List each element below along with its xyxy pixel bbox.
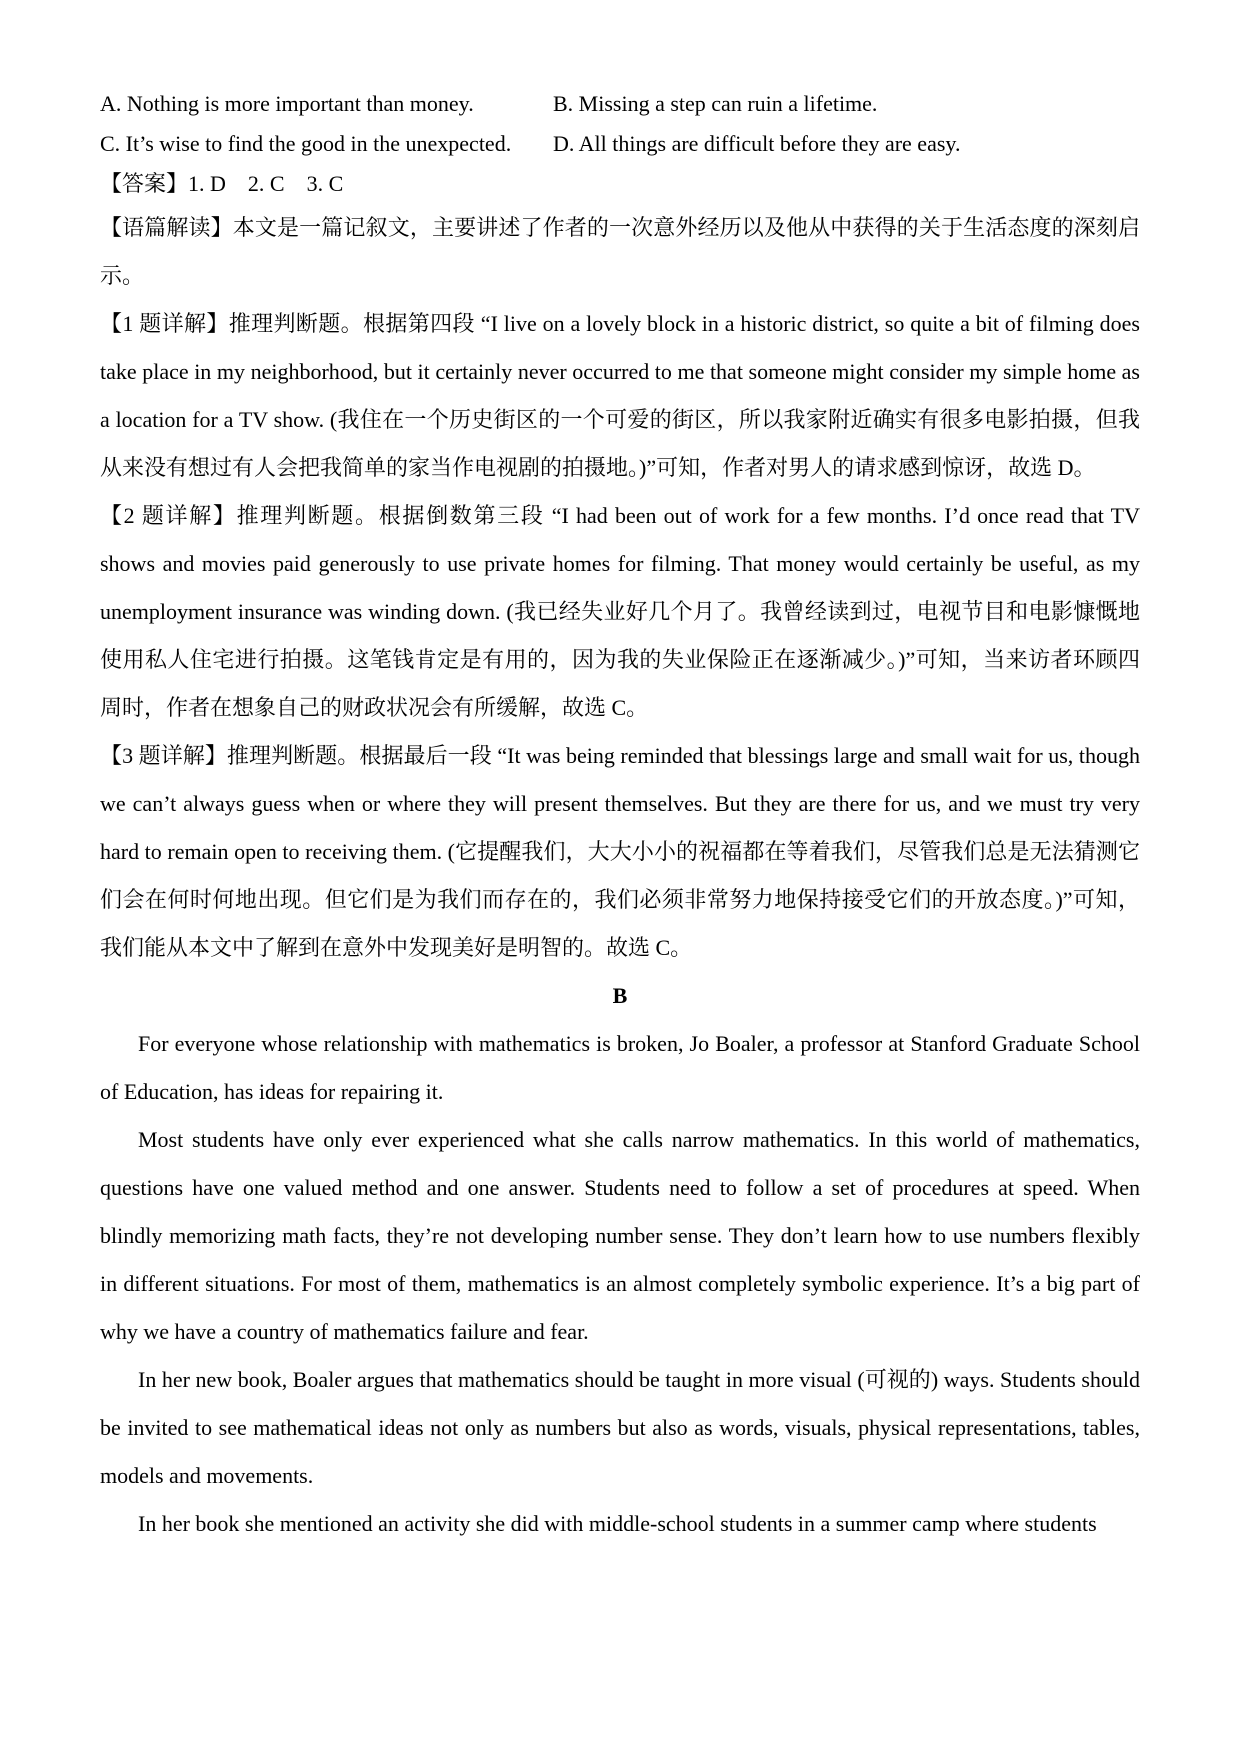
explanation-question-2: 【2 题详解】推理判断题。根据倒数第三段 “I had been out of … (100, 492, 1140, 732)
exam-answer-page: A. Nothing is more important than money.… (0, 0, 1240, 1754)
explanation-question-1: 【1 题详解】推理判断题。根据第四段 “I live on a lovely b… (100, 300, 1140, 492)
answer-line: 【答案】1. D2. C3. C (100, 164, 1140, 204)
passage-b-paragraph-3: In her new book, Boaler argues that math… (100, 1356, 1140, 1500)
passage-b-paragraph-2: Most students have only ever experienced… (100, 1116, 1140, 1356)
passage-b-paragraph-4: In her book she mentioned an activity sh… (100, 1500, 1140, 1548)
explanation-question-3: 【3 题详解】推理判断题。根据最后一段 “It was being remind… (100, 732, 1140, 972)
answer-item-3: 3. C (307, 171, 344, 196)
answer-item-1: 1. D (188, 171, 226, 196)
passage-b-paragraph-1: For everyone whose relationship with mat… (100, 1020, 1140, 1116)
option-c: C. It’s wise to find the good in the une… (100, 124, 553, 164)
option-d: D. All things are difficult before they … (553, 124, 960, 164)
section-b-heading: B (100, 972, 1140, 1020)
options-row-ab: A. Nothing is more important than money.… (100, 84, 1140, 124)
options-row-cd: C. It’s wise to find the good in the une… (100, 124, 1140, 164)
option-b: B. Missing a step can ruin a lifetime. (553, 84, 877, 124)
option-a: A. Nothing is more important than money. (100, 84, 553, 124)
passage-overview: 【语篇解读】本文是一篇记叙文，主要讲述了作者的一次意外经历以及他从中获得的关于生… (100, 204, 1140, 300)
answer-item-2: 2. C (248, 171, 285, 196)
answer-label: 【答案】 (100, 171, 188, 196)
